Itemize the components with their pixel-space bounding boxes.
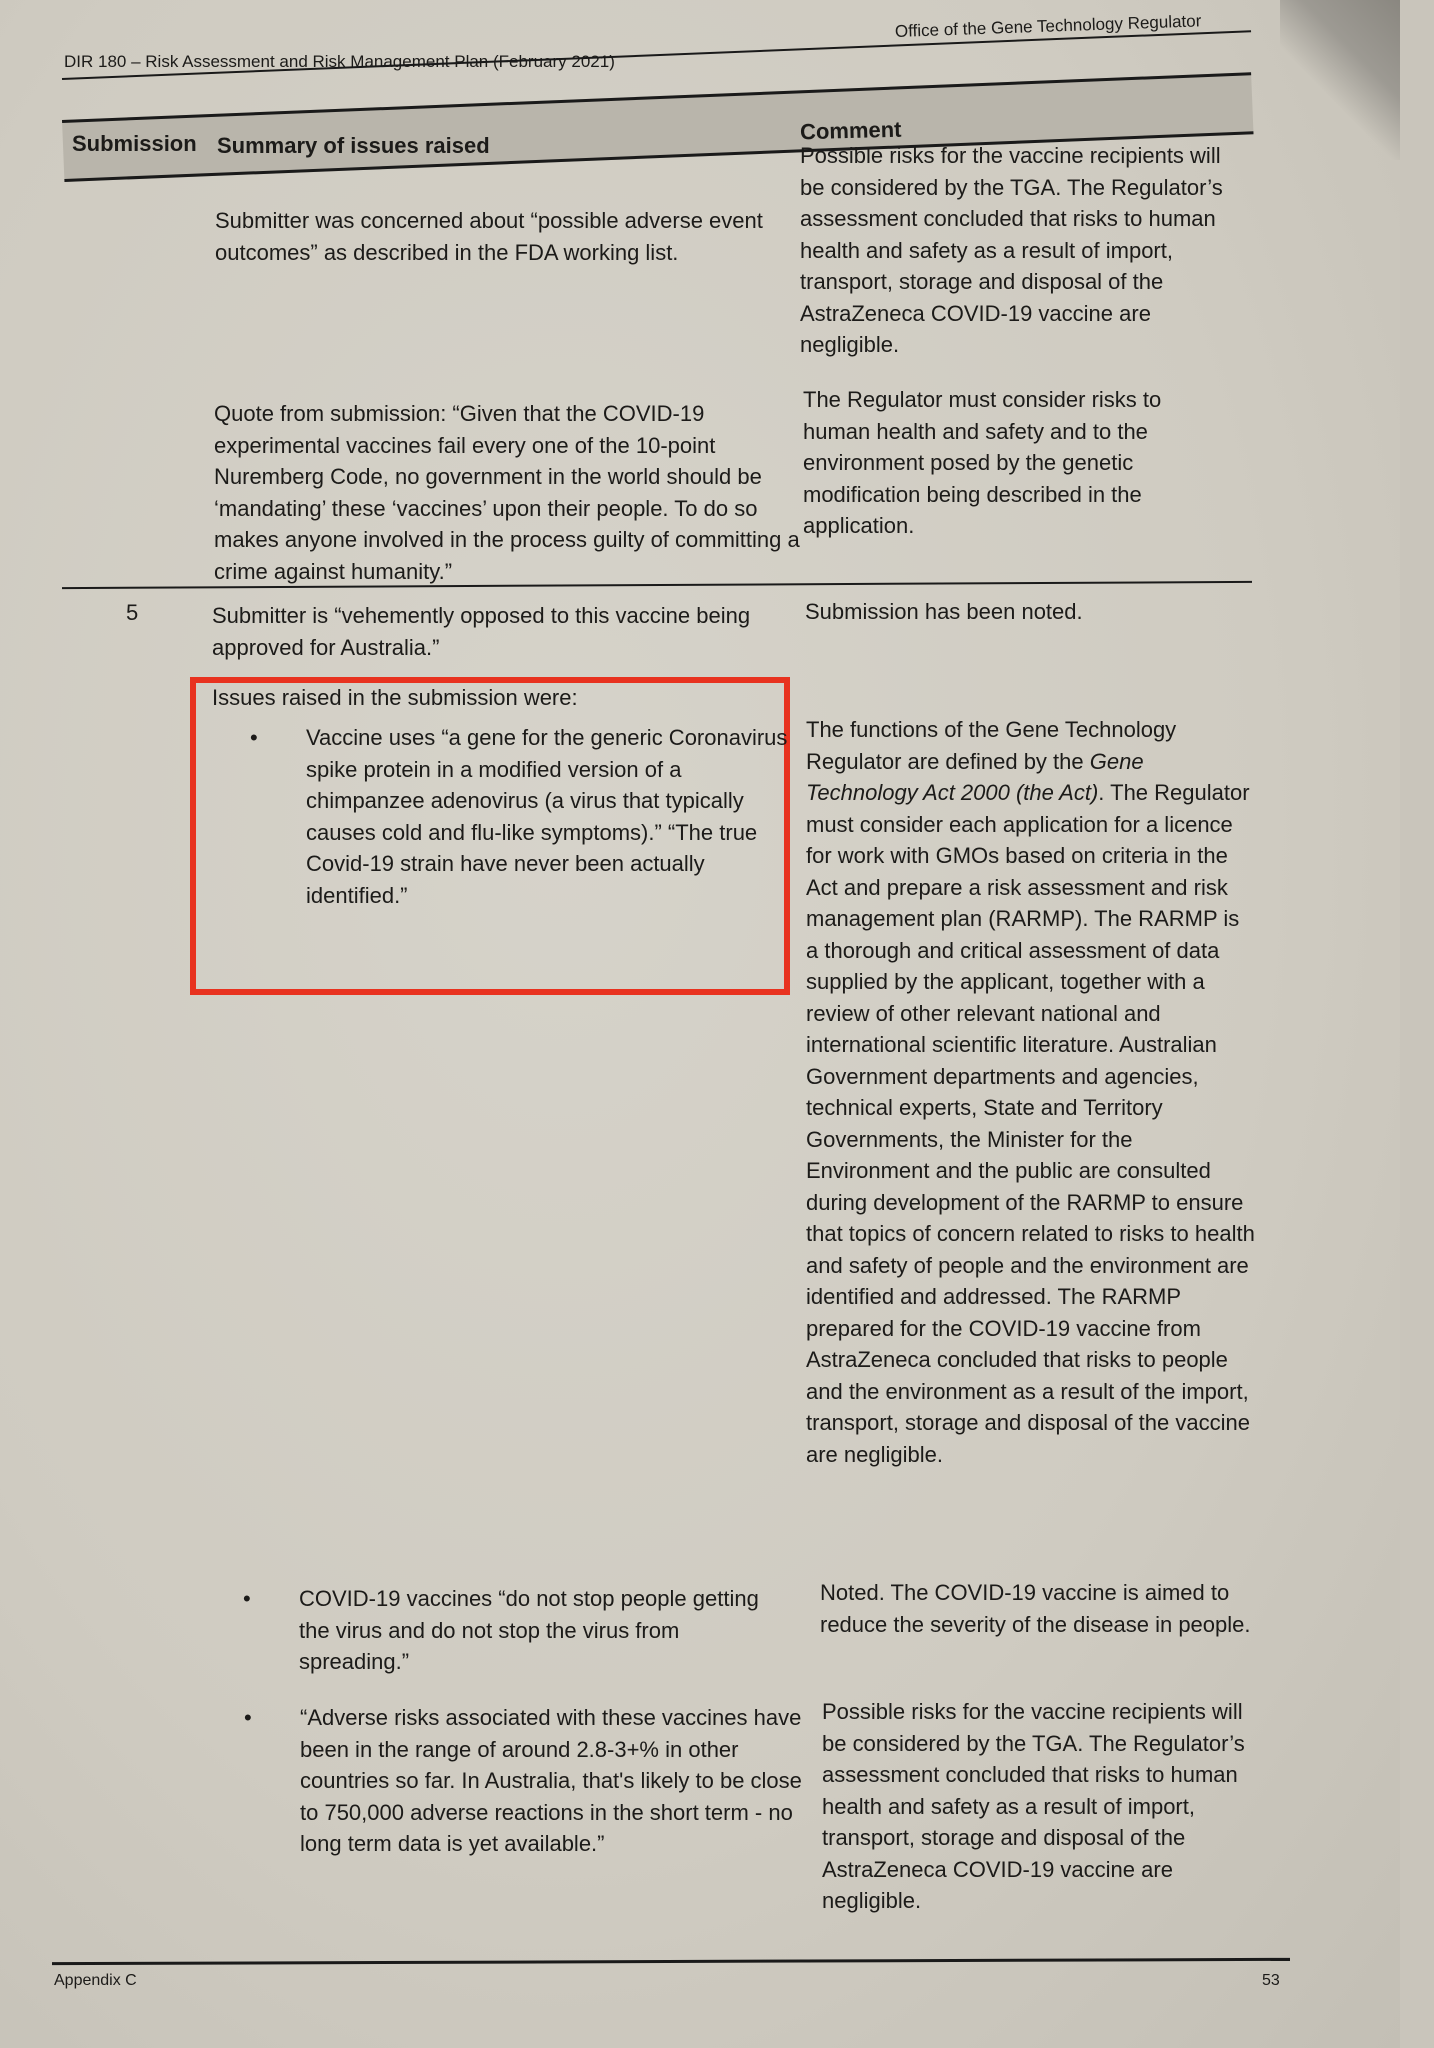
issues-list-highlighted: Vaccine uses “a gene for the generic Cor… bbox=[212, 722, 792, 911]
page-corner-shadow bbox=[1280, 0, 1400, 160]
page-number: 53 bbox=[1262, 1972, 1280, 1990]
table-row-comment: Submission has been noted. bbox=[805, 596, 1245, 628]
footer-section: Appendix C bbox=[54, 1972, 137, 1990]
issue-comment: Noted. The COVID-19 vaccine is aimed to … bbox=[820, 1577, 1270, 1640]
footer-rule bbox=[52, 1958, 1290, 1965]
document-title: DIR 180 – Risk Assessment and Risk Manag… bbox=[64, 52, 615, 72]
column-header-summary: Summary of issues raised bbox=[217, 133, 490, 159]
column-header-submission: Submission bbox=[72, 131, 197, 157]
table-row-summary: Submitter is “vehemently opposed to this… bbox=[212, 600, 772, 663]
issue-item: “Adverse risks associated with these vac… bbox=[206, 1702, 806, 1860]
issue-comment: The functions of the Gene Technology Reg… bbox=[806, 714, 1256, 1470]
table-row-summary: Quote from submission: “Given that the C… bbox=[214, 398, 804, 587]
issues-intro: Issues raised in the submission were: bbox=[212, 682, 812, 714]
submission-number: 5 bbox=[126, 600, 138, 626]
table-row-summary: Submitter was concerned about “possible … bbox=[215, 205, 795, 268]
issues-list: “Adverse risks associated with these vac… bbox=[206, 1702, 806, 1860]
table-row-comment: Possible risks for the vaccine recipient… bbox=[800, 140, 1240, 361]
table-row-comment: The Regulator must consider risks to hum… bbox=[803, 384, 1223, 542]
issues-list: COVID-19 vaccines “do not stop people ge… bbox=[205, 1583, 785, 1678]
issue-comment: Possible risks for the vaccine recipient… bbox=[822, 1696, 1262, 1917]
issue-item: Vaccine uses “a gene for the generic Cor… bbox=[212, 722, 792, 911]
document-page: DIR 180 – Risk Assessment and Risk Manag… bbox=[0, 0, 1400, 2048]
issue-item: COVID-19 vaccines “do not stop people ge… bbox=[205, 1583, 785, 1678]
